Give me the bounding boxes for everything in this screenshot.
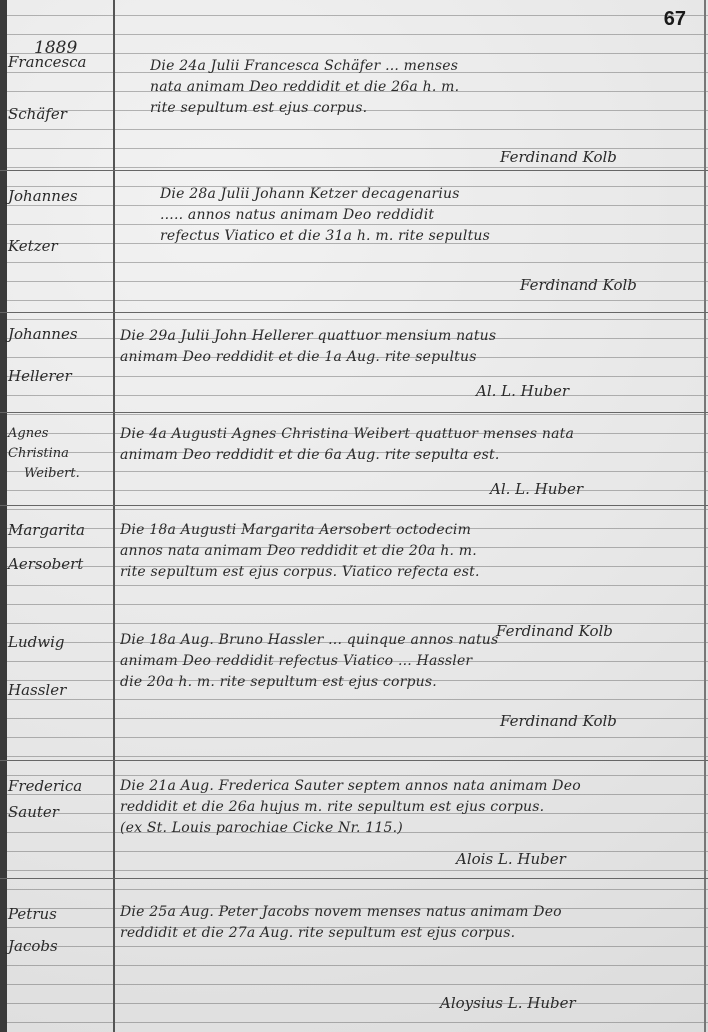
entry-text: Die 18a Aug. Bruno Hassler ... quinque a… (120, 630, 680, 693)
entry-line: Die 29a Julii John Hellerer quattuor men… (120, 326, 680, 347)
entry-line: rite sepultum est ejus corpus. (150, 98, 708, 119)
entry-divider (0, 760, 708, 761)
entry-text: Die 25a Aug. Peter Jacobs novem menses n… (120, 902, 680, 944)
entry-text: Die 21a Aug. Frederica Sauter septem ann… (120, 776, 680, 839)
entry-line: animam Deo reddidit et die 6a Aug. rite … (120, 445, 680, 466)
entry-line: ..... annos natus animam Deo reddidit (160, 205, 708, 226)
entry-line: Die 25a Aug. Peter Jacobs novem menses n… (120, 902, 680, 923)
given-name: Francesca (8, 52, 112, 72)
entry-line: refectus Viatico et die 31a h. m. rite s… (160, 226, 708, 247)
entry-divider (0, 505, 708, 506)
entry-line: Die 18a Aug. Bruno Hassler ... quinque a… (120, 630, 680, 651)
entry-name: Petrus Jacobs (8, 904, 112, 956)
entry-line: nata animam Deo reddidit et die 26a h. m… (150, 77, 708, 98)
entry-line: animam Deo reddidit et die 1a Aug. rite … (120, 347, 680, 368)
signature: Alois L. Huber (456, 850, 566, 868)
given-name: Agnes Christina (8, 424, 112, 464)
surname: Ketzer (8, 236, 112, 256)
given-name: Ludwig (8, 632, 112, 652)
entry-name: Francesca Schäfer (8, 52, 112, 124)
signature: Ferdinand Kolb (500, 712, 617, 730)
entry-line: annos nata animam Deo reddidit et die 20… (120, 541, 680, 562)
entry-text: Die 4a Augusti Agnes Christina Weibert q… (120, 424, 680, 466)
surname: Jacobs (8, 936, 112, 956)
given-name: Johannes (8, 186, 112, 206)
entry-name: Margarita Aersobert (8, 520, 112, 574)
entry-name: Johannes Ketzer (8, 186, 112, 256)
register-page: 67 1889 Francesca Schäfer Die 24a Julii … (0, 0, 708, 1032)
entry-line: reddidit et die 26a hujus m. rite sepult… (120, 797, 680, 818)
surname: Schäfer (8, 104, 112, 124)
given-name: Margarita (8, 520, 112, 540)
surname: Hassler (8, 680, 112, 700)
entry-name: Ludwig Hassler (8, 632, 112, 700)
entry-line: animam Deo reddidit refectus Viatico ...… (120, 651, 680, 672)
entry-name: Frederica Sauter (8, 776, 112, 822)
entry-line: die 20a h. m. rite sepultum est ejus cor… (120, 672, 680, 693)
entry-name: Johannes Hellerer (8, 324, 112, 386)
entry-line: rite sepultum est ejus corpus. Viatico r… (120, 562, 680, 583)
signature: Ferdinand Kolb (520, 276, 637, 294)
given-name: Petrus (8, 904, 112, 924)
entry-line: (ex St. Louis parochiae Cicke Nr. 115.) (120, 818, 680, 839)
page-number: 67 (664, 8, 686, 31)
entry-divider (0, 170, 708, 171)
entry-text: Die 24a Julii Francesca Schäfer ... mens… (150, 56, 708, 119)
entry-line: Die 21a Aug. Frederica Sauter septem ann… (120, 776, 680, 797)
entry-text: Die 29a Julii John Hellerer quattuor men… (120, 326, 680, 368)
entry-line: Die 18a Augusti Margarita Aersobert octo… (120, 520, 680, 541)
entry-divider (0, 412, 708, 413)
signature: Ferdinand Kolb (500, 148, 617, 166)
entry-divider (0, 878, 708, 879)
surname: Aersobert (8, 554, 112, 574)
surname: Weibert. (24, 464, 112, 484)
entry-text: Die 28a Julii Johann Ketzer decagenarius… (160, 184, 708, 247)
given-name: Johannes (8, 324, 112, 344)
entry-line: Die 28a Julii Johann Ketzer decagenarius (160, 184, 708, 205)
entry-line: Die 24a Julii Francesca Schäfer ... mens… (150, 56, 708, 77)
surname: Hellerer (8, 366, 112, 386)
entry-line: reddidit et die 27a Aug. rite sepultum e… (120, 923, 680, 944)
signature: Aloysius L. Huber (440, 994, 576, 1012)
surname: Sauter (8, 802, 112, 822)
given-name: Frederica (8, 776, 112, 796)
entry-text: Die 18a Augusti Margarita Aersobert octo… (120, 520, 680, 583)
signature: Al. L. Huber (490, 480, 583, 498)
entry-line: Die 4a Augusti Agnes Christina Weibert q… (120, 424, 680, 445)
signature: Al. L. Huber (476, 382, 569, 400)
entry-name: Agnes Christina Weibert. (8, 424, 112, 484)
entry-divider (0, 312, 708, 313)
